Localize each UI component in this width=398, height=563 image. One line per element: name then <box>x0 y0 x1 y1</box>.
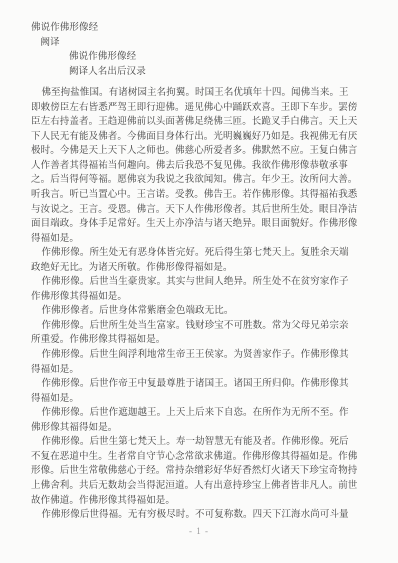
title-line: 佛说作佛形像经 <box>31 50 367 65</box>
title-line: 佛说作佛形像经 <box>31 21 367 36</box>
text-line: 与汝说之。王言。受恩。佛言。天下人作佛形像者。其后世所生处。眼目净洁 <box>31 203 367 218</box>
text-line: 故作佛道。作佛形像其得福如是。 <box>31 494 367 509</box>
text-line: 佛至拘盐惟国。有诸树园主名拘翼。时国王名优填年十四。闻佛当来。王 <box>31 86 367 101</box>
text-line: 下人民无有能及佛者。今佛面目身体行出。光明巍巍好乃如是。我视佛无有厌 <box>31 130 367 145</box>
text-line: 作佛形像。后世当生豪贵家。其实与世间人绝异。所生处不在贫穷家作子 <box>31 275 367 290</box>
text-line: 上佛舍利。共后无数劫会当得泥洹道。人有出意持珍宝上佛者皆非凡人。前世 <box>31 479 367 494</box>
text-line: 作佛形像。所生处无有恶身体皆完好。死后得生第七梵天上。复胜余天端 <box>31 246 367 261</box>
text-line: 臣左右持盖者。王趋迎佛前以头面著佛足绕佛三匝。长跪叉手白佛言。天上天 <box>31 115 367 130</box>
text-line: 得福如是。 <box>31 363 367 378</box>
text-line: 极时。今佛是天上天下人之师也。佛慈心所爱者多。佛默然不应。王复白佛言 <box>31 144 367 159</box>
text-line: 得福如是。 <box>31 232 367 247</box>
text-line: 作佛形像。后世所生处当生富家。钱财珍宝不可胜数。常为父母兄弟宗亲 <box>31 319 367 334</box>
text-line: 面目端政。身体手足常好。生天上亦净洁与诸天绝异。眼目面貌好。作佛形像 <box>31 217 367 232</box>
text-line: 得福如是。 <box>31 392 367 407</box>
text-line: 政绝好无比。为诸天所敬。作佛形像得福如是。 <box>31 261 367 276</box>
text-line: 形像。后世生常敬佛慈心于经。常持杂缯彩好华好香然灯火诸天下珍宝奇物持 <box>31 464 367 479</box>
text-line: 作佛形像。后世生第七梵天上。寿一劫智慧无有能及者。作佛形像。死后 <box>31 435 367 450</box>
text-line: 作佛形像。后世生阎浮利地常生帝王王侯家。为贤善家作子。作佛形像其 <box>31 348 367 363</box>
text-line: 作佛形像。后世作帝王中复最尊胜于诸国王。诸国王所归仰。作佛形像其 <box>31 377 367 392</box>
text-line: 所重爱。作佛形像其得福如是。 <box>31 333 367 348</box>
text-line: 作佛形像后世得福。无有穷极尽时。不可复称数。四天下江海水尚可斗量 <box>31 508 367 523</box>
page-number: - 1 - <box>31 525 367 537</box>
text-line: 作佛形像。后世作遮迦越王。上天上后来下自恣。在所作为无所不至。作 <box>31 406 367 421</box>
title-block: 佛说作佛形像经阙译佛说作佛形像经阙译人名出后汉录 <box>31 21 367 79</box>
text-line: 听我言。听已当置心中。王言诺。受教。佛告王。若作佛形像。其得福祐我悉 <box>31 188 367 203</box>
text-line: 即敕傍臣左右皆悉严驾王即行迎佛。遥见佛心中踊跃欢喜。王即下车步。罢傍 <box>31 101 367 116</box>
title-line: 阙译人名出后汉录 <box>31 65 367 80</box>
body-text: 佛至拘盐惟国。有诸树园主名拘翼。时国王名优填年十四。闻佛当来。王即敕傍臣左右皆悉… <box>31 86 367 522</box>
text-line: 佛形像其福得如是。 <box>31 421 367 436</box>
text-line: 不复在恶道中生。生者常自守节心念常欲求佛道。作佛形像其得福如是。作佛 <box>31 450 367 465</box>
text-line: 人作善者其得福祐当何趣向。佛去后我恐不复见佛。我欲作佛形像恭敬承事 <box>31 159 367 174</box>
text-line: 之。后当得何等福。愿佛哀为我说之我欲闻知。佛言。年少王。汝所问大善。 <box>31 173 367 188</box>
text-line: 作佛形像其得福如是。 <box>31 290 367 305</box>
title-line: 阙译 <box>31 36 367 51</box>
document-page: 佛说作佛形像经阙译佛说作佛形像经阙译人名出后汉录 佛至拘盐惟国。有诸树园主名拘翼… <box>0 0 398 563</box>
text-line: 作佛形像者。后世身体常紫磨金色端政无比。 <box>31 304 367 319</box>
